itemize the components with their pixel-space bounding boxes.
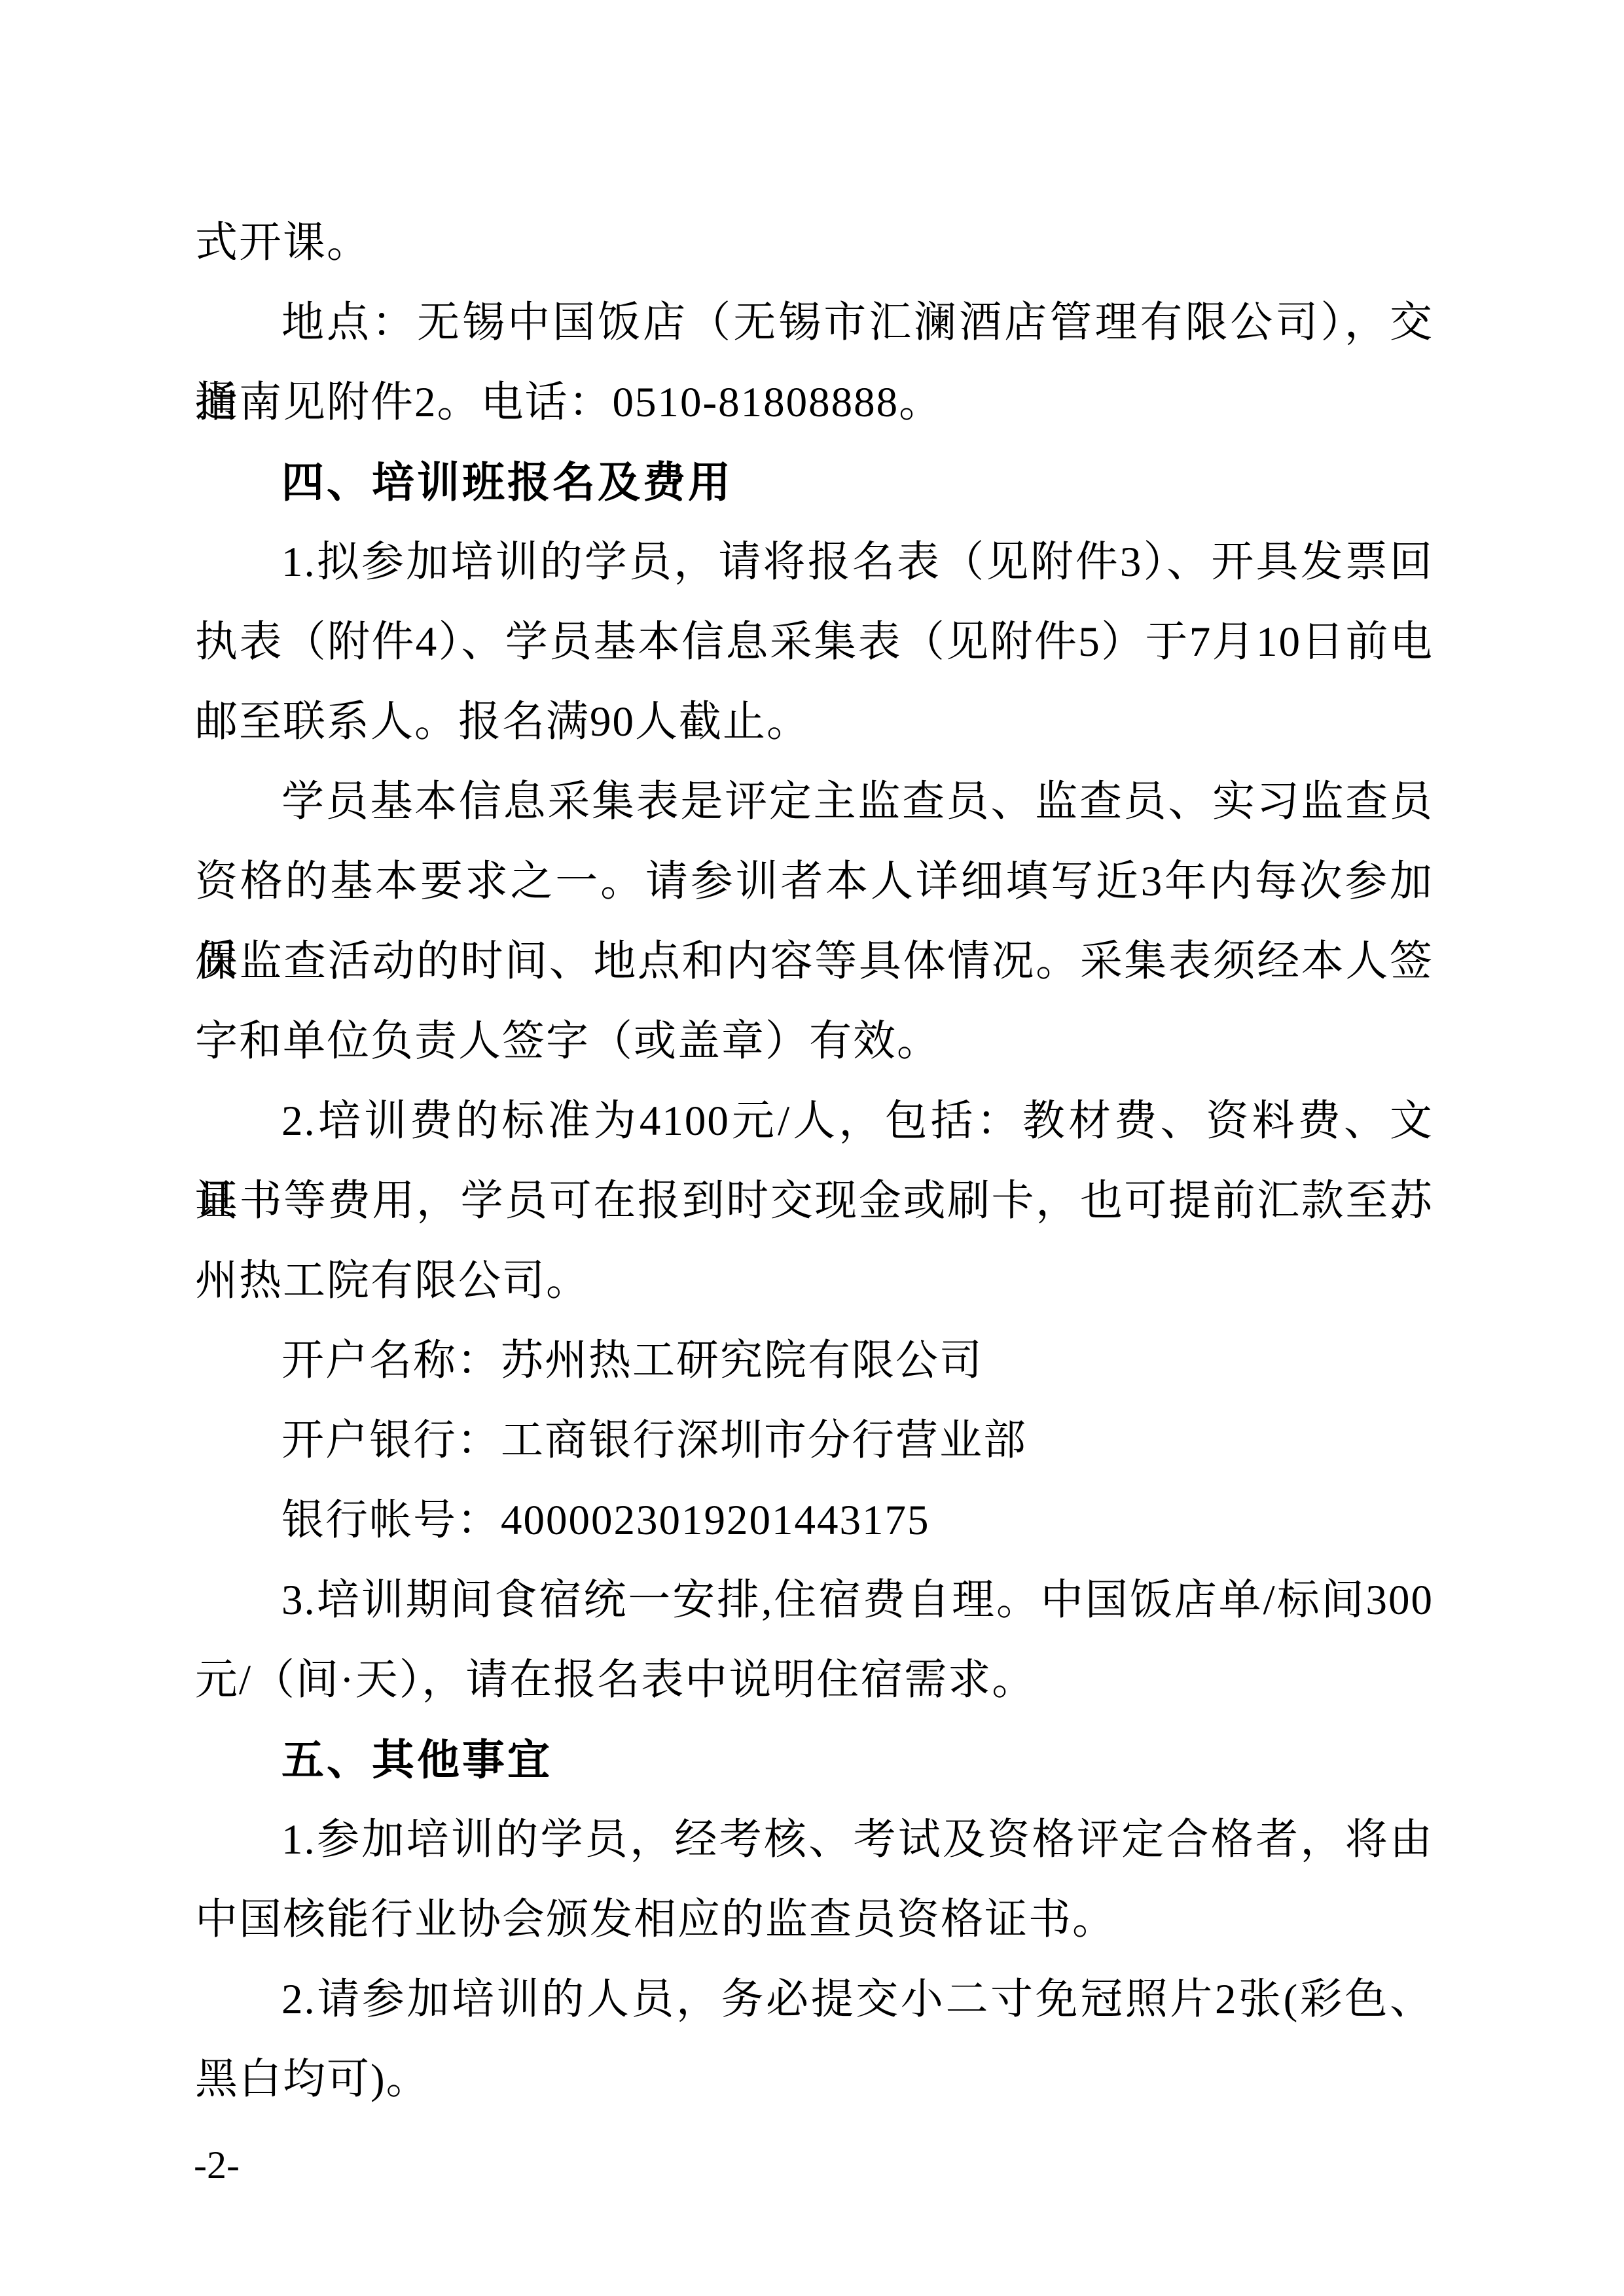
doc-line: 2.请参加培训的人员，务必提交小二寸免冠照片2张(彩色、	[195, 1960, 1434, 2039]
doc-line: 式开课。	[195, 203, 1434, 283]
section-heading-5: 五、其他事宜	[195, 1720, 1434, 1800]
doc-line: 资格的基本要求之一。请参训者本人详细填写近3年内每次参加质	[195, 842, 1434, 922]
document-body: 式开课。 地点：无锡中国饭店（无锡市汇澜酒店管理有限公司），交通 指南见附件2。…	[195, 203, 1434, 2119]
doc-line: 元/（间·天），请在报名表中说明住宿需求。	[195, 1640, 1434, 1720]
doc-line: 证书等费用，学员可在报到时交现金或刷卡，也可提前汇款至苏	[195, 1161, 1434, 1241]
doc-line: 2.培训费的标准为4100元/人，包括：教材费、资料费、文具、	[195, 1081, 1434, 1161]
doc-line: 黑白均可)。	[195, 2039, 1434, 2119]
doc-line: 中国核能行业协会颁发相应的监查员资格证书。	[195, 1880, 1434, 1960]
bank-branch-line: 开户银行：工商银行深圳市分行营业部	[195, 1401, 1434, 1480]
doc-line: 学员基本信息采集表是评定主监查员、监查员、实习监查员	[195, 762, 1434, 842]
doc-line: 3.培训期间食宿统一安排,住宿费自理。中国饭店单/标间300	[195, 1560, 1434, 1640]
doc-line: 地点：无锡中国饭店（无锡市汇澜酒店管理有限公司），交通	[195, 283, 1434, 363]
page-number: -2-	[194, 2142, 240, 2189]
doc-line: 执表（附件4）、学员基本信息采集表（见附件5）于7月10日前电	[195, 602, 1434, 682]
section-heading-4: 四、培训班报名及费用	[195, 442, 1434, 522]
doc-line: 字和单位负责人签字（或盖章）有效。	[195, 1001, 1434, 1081]
doc-line: 邮至联系人。报名满90人截止。	[195, 682, 1434, 762]
doc-line: 保监查活动的时间、地点和内容等具体情况。采集表须经本人签	[195, 922, 1434, 1001]
doc-line: 1.参加培训的学员，经考核、考试及资格评定合格者，将由	[195, 1800, 1434, 1880]
doc-line: 州热工院有限公司。	[195, 1241, 1434, 1321]
bank-account-number-line: 银行帐号：4000023019201443175	[195, 1480, 1434, 1560]
doc-line: 指南见附件2。电话：0510-81808888。	[195, 363, 1434, 442]
doc-line: 1.拟参加培训的学员，请将报名表（见附件3）、开具发票回	[195, 522, 1434, 602]
document-page: { "document": { "lines": [ { "text": "式开…	[0, 0, 1624, 2296]
bank-account-name-line: 开户名称：苏州热工研究院有限公司	[195, 1321, 1434, 1401]
